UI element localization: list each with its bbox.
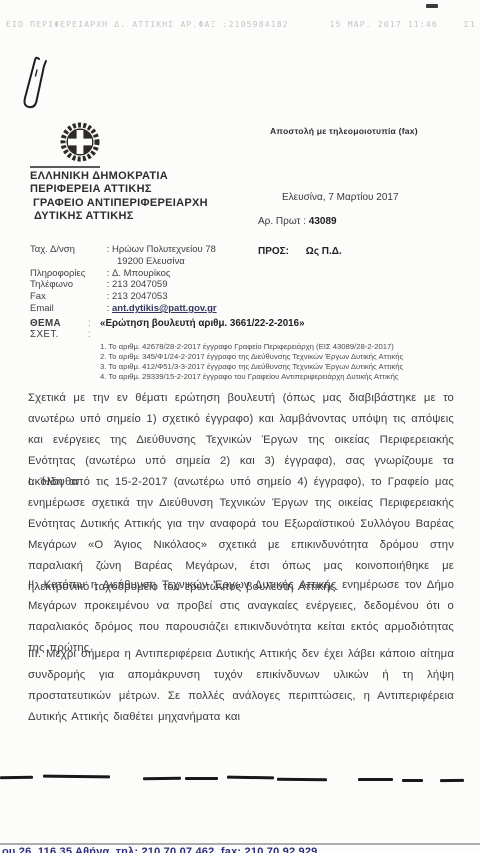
contact-label: Ταχ. Δ/νση xyxy=(30,244,104,256)
references-list: 1. Το αριθμ. 42678/28-2-2017 έγγραφο Γρα… xyxy=(100,342,460,382)
references-row: ΣΧΕΤ. : xyxy=(30,329,460,340)
letterhead-org-block: ΕΛΛΗΝΙΚΗ ΔΗΜΟΚΡΑΤΙΑ ΠΕΡΙΦΕΡΕΙΑ ΑΤΤΙΚΗΣ Γ… xyxy=(30,170,208,224)
contact-label xyxy=(30,256,104,268)
org-line: ΔΥΤΙΚΗΣ ΑΤΤΙΚΗΣ xyxy=(30,210,208,223)
contact-row-address: Ταχ. Δ/νση : Ηρώων Πολυτεχνείου 78 xyxy=(30,244,260,256)
protocol-number-row: Αρ. Πρωτ : 43089 xyxy=(258,216,337,227)
contact-label: Email xyxy=(30,303,104,315)
fax-stamp-sender: ΕΙΟ ΠΕΡΙΦΕΡΕΙΑΡΧΗ Δ. ΑΤΤΙΚΗΣ ΑΡ.ΦΑΞ :210… xyxy=(6,20,289,29)
colon-separator: : xyxy=(104,244,112,256)
colon-separator: : xyxy=(104,291,112,303)
hellenic-republic-emblem-icon xyxy=(58,120,102,164)
contact-row-info: Πληροφορίες : Δ. Μπουρίκος xyxy=(30,268,260,280)
subject-value: «Ερώτηση βουλευτή αριθμ. 3661/22-2-2016» xyxy=(100,318,460,329)
footer-divider xyxy=(0,843,480,845)
contact-label: Τηλέφωνο xyxy=(30,279,104,291)
spacer xyxy=(100,329,460,340)
contact-row-address2: 19200 Ελευσίνα xyxy=(30,256,260,268)
contact-value: 213 2047053 xyxy=(112,291,260,303)
protocol-number: 43089 xyxy=(309,216,337,227)
colon-separator: : xyxy=(104,279,112,291)
footer-contact-text: ου 26, 116 35 Αθήνα, τηλ: 210 70 07 462,… xyxy=(2,846,422,853)
contact-value: Ηρώων Πολυτεχνείου 78 xyxy=(112,244,260,256)
subject-label: ΘΕΜΑ xyxy=(30,318,88,329)
recipient-value: Ως Π.Δ. xyxy=(306,246,342,257)
contact-row-fax: Fax : 213 2047053 xyxy=(30,291,260,303)
spacer xyxy=(104,256,112,268)
colon-separator: : xyxy=(88,329,100,340)
paperclip-icon xyxy=(12,56,56,114)
colon-separator: : xyxy=(104,268,112,280)
contact-row-email: Email : ant.dytikis@patt.gov.gr xyxy=(30,303,260,315)
scan-line-artifact xyxy=(30,166,100,168)
org-line: ΓΡΑΦΕΙΟ ΑΝΤΙΠΕΡΙΦΕΡΕΙΑΡΧΗ xyxy=(30,197,208,210)
scanned-document-page: ΕΙΟ ΠΕΡΙΦΕΡΕΙΑΡΧΗ Δ. ΑΤΤΙΚΗΣ ΑΡ.ΦΑΞ :210… xyxy=(0,0,480,853)
org-line: ΕΛΛΗΝΙΚΗ ΔΗΜΟΚΡΑΤΙΑ xyxy=(30,170,208,183)
sent-via-fax-note: Αποστολή με τηλεομοιοτυπία (fax) xyxy=(270,126,450,136)
recipient-label: ΠΡΟΣ: xyxy=(258,246,289,257)
reference-item: 3. Το αριθμ. 412/Φ51/3-3-2017 έγγραφο τη… xyxy=(100,362,460,372)
subject-row: ΘΕΜΑ : «Ερώτηση βουλευτή αριθμ. 3661/22-… xyxy=(30,318,460,329)
reference-item: 4. Το αριθμ. 29339/15-2-2017 έγγραφο του… xyxy=(100,372,460,382)
place-and-date: Ελευσίνα, 7 Μαρτίου 2017 xyxy=(282,192,399,203)
scan-corner-mark xyxy=(426,4,438,8)
contact-label: Πληροφορίες xyxy=(30,268,104,280)
colon-separator: : xyxy=(88,318,100,329)
protocol-label: Αρ. Πρωτ : xyxy=(258,216,306,227)
fax-transmission-stamp: ΕΙΟ ΠΕΡΙΦΕΡΕΙΑΡΧΗ Δ. ΑΤΤΙΚΗΣ ΑΡ.ΦΑΞ :210… xyxy=(6,20,476,29)
colon-separator: : xyxy=(104,303,112,315)
org-line: ΠΕΡΙΦΕΡΕΙΑ ΑΤΤΙΚΗΣ xyxy=(30,183,208,196)
contact-value: Δ. Μπουρίκος xyxy=(112,268,260,280)
contact-value: 19200 Ελευσίνα xyxy=(112,256,260,268)
fax-stamp-datetime: 15 ΜΑΡ. 2017 11:46 xyxy=(330,20,438,29)
contact-row-phone: Τηλέφωνο : 213 2047059 xyxy=(30,279,260,291)
body-paragraph-3: ΙΙΙ. Μέχρι σήμερα η Αντιπεριφέρεια Δυτικ… xyxy=(28,644,454,728)
fax-stamp-page-number: Σ1 xyxy=(464,20,476,29)
subject-block: ΘΕΜΑ : «Ερώτηση βουλευτή αριθμ. 3661/22-… xyxy=(30,318,460,382)
contact-label: Fax xyxy=(30,291,104,303)
contact-info-block: Ταχ. Δ/νση : Ηρώων Πολυτεχνείου 78 19200… xyxy=(30,244,260,315)
reference-item: 2. Το αριθμ. 345/Φ1/24-2-2017 έγγραφο τη… xyxy=(100,352,460,362)
recipient-row: ΠΡΟΣ: Ως Π.Δ. xyxy=(258,246,342,257)
email-link[interactable]: ant.dytikis@patt.gov.gr xyxy=(112,303,217,314)
reference-item: 1. Το αριθμ. 42678/28-2-2017 έγγραφο Γρα… xyxy=(100,342,460,352)
references-label: ΣΧΕΤ. xyxy=(30,329,88,340)
contact-value: 213 2047059 xyxy=(112,279,260,291)
